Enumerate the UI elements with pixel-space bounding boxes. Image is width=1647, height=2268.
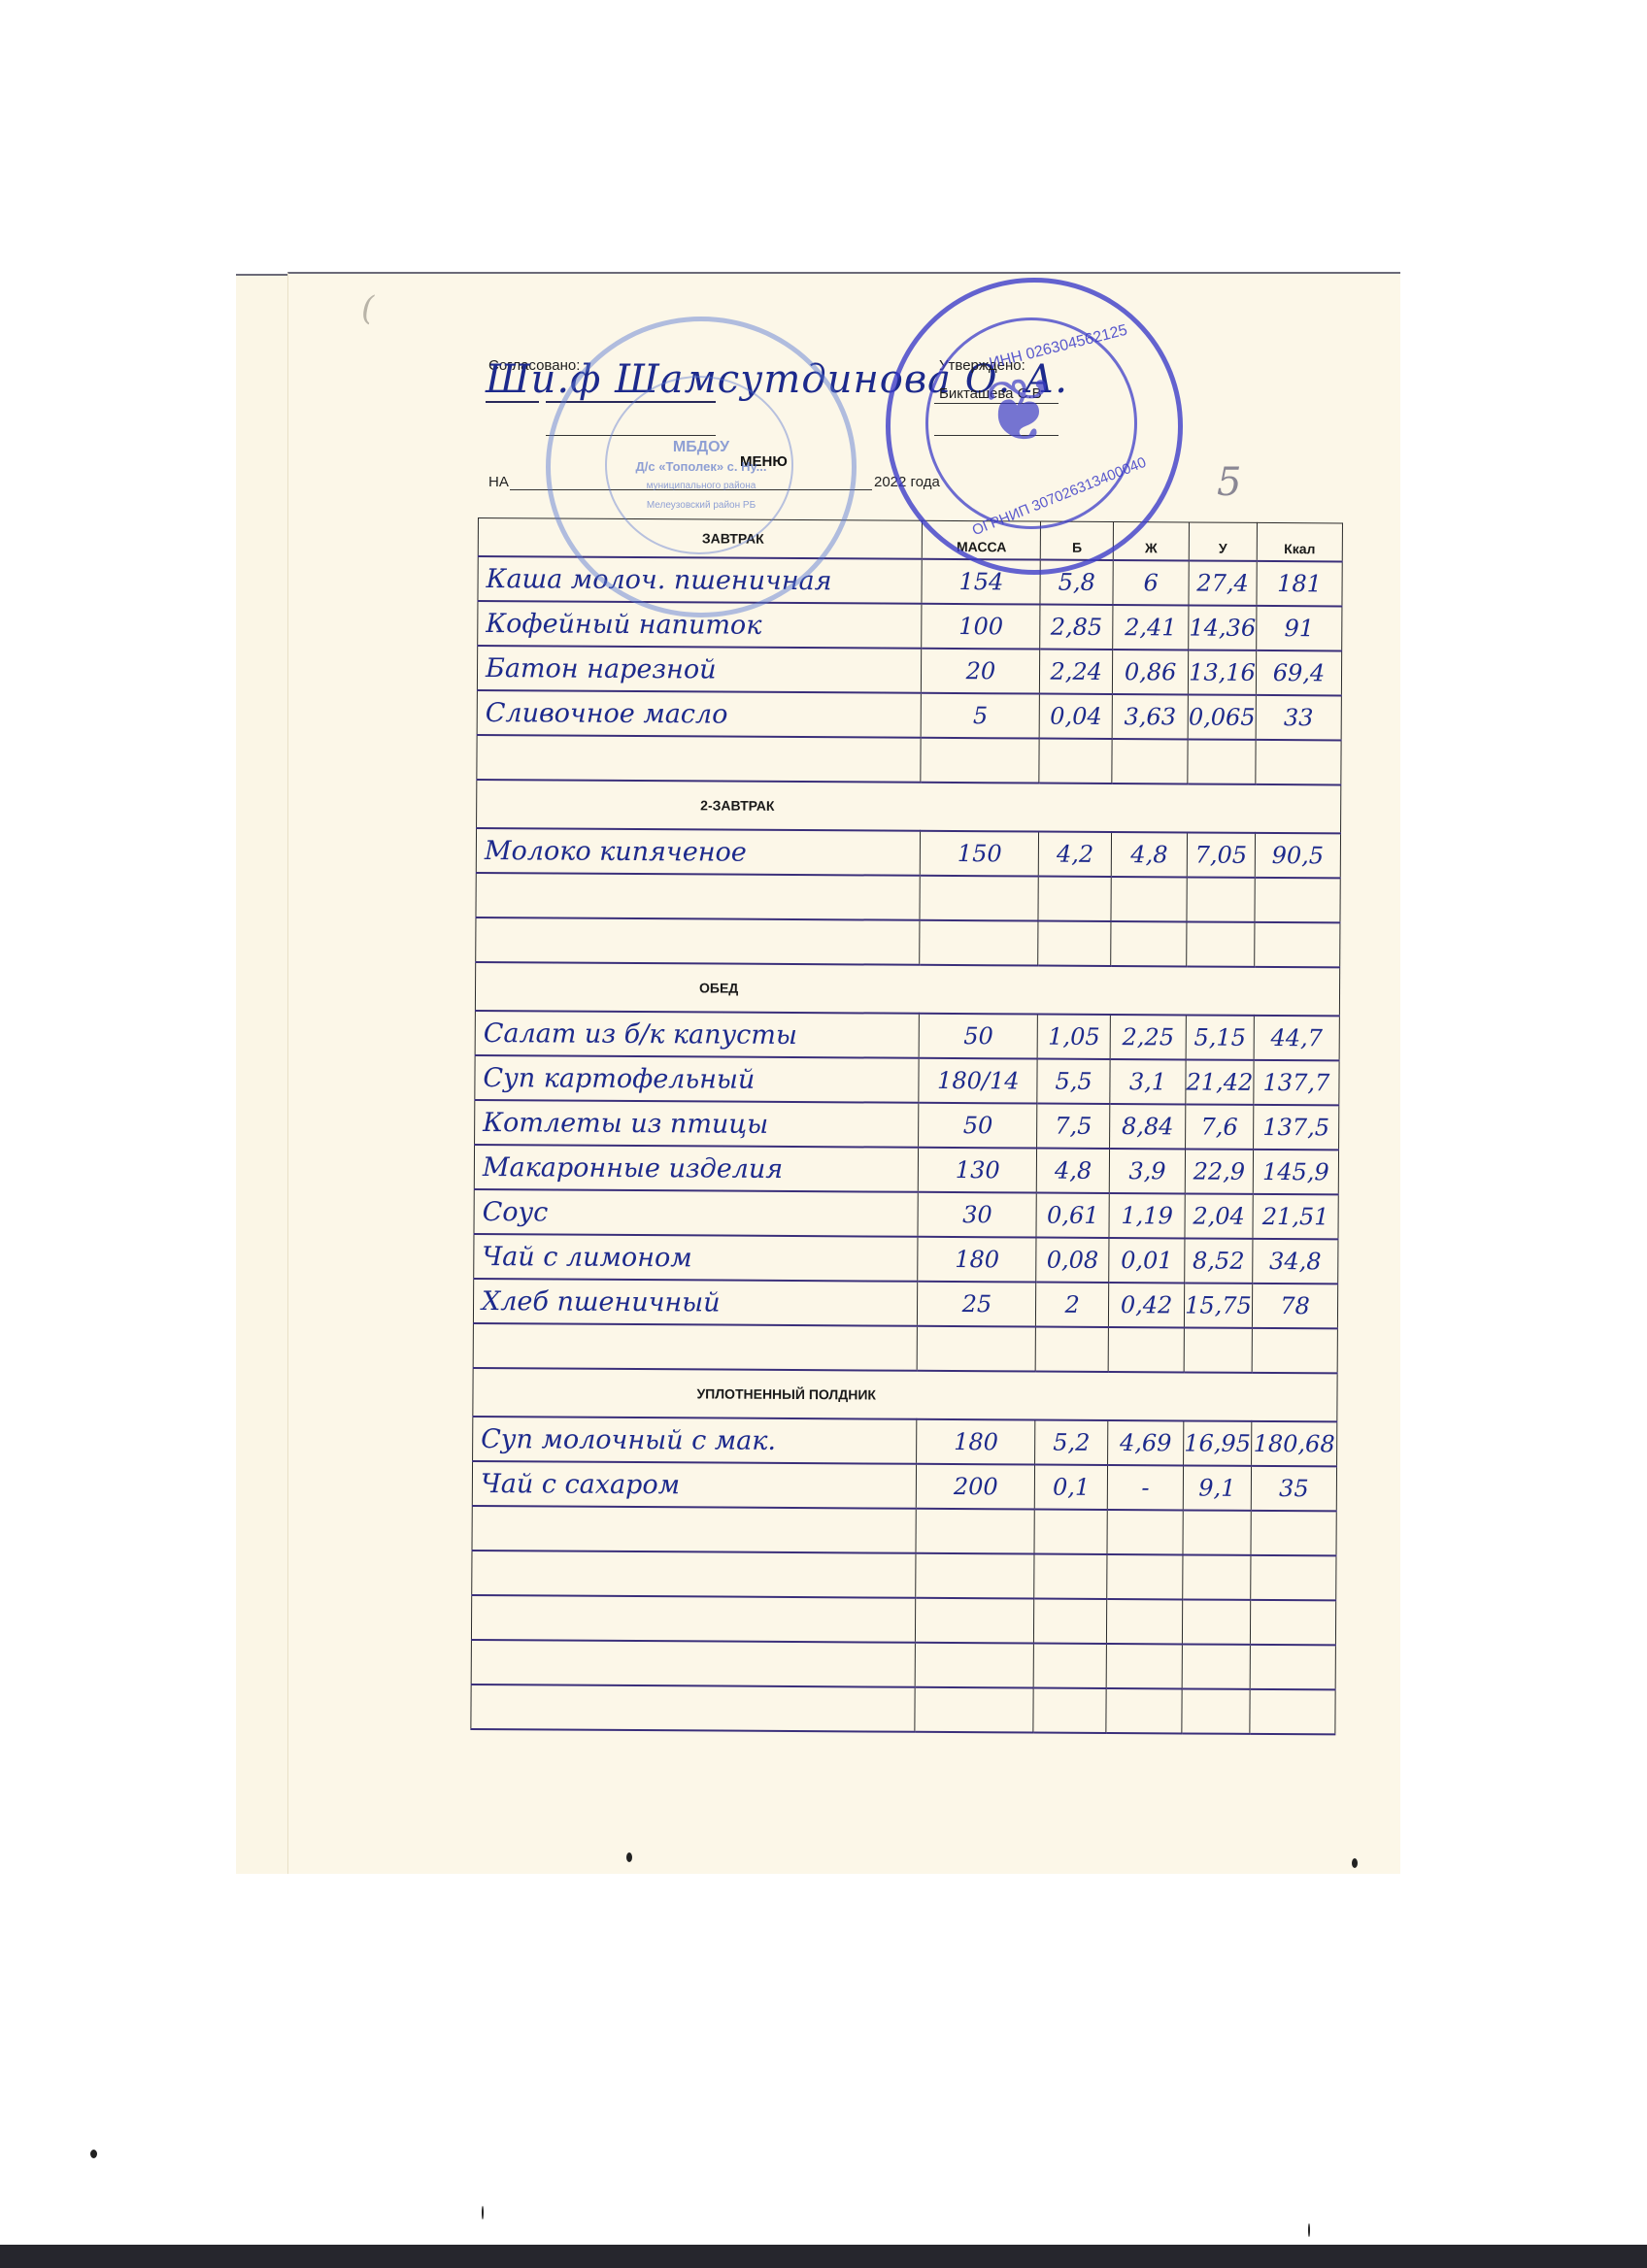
table-row: Каша молоч. пшеничная1545,8627,4181 <box>478 556 1342 606</box>
cell-zh: 6 <box>1113 560 1189 605</box>
cell-zh: 4,69 <box>1108 1420 1184 1465</box>
approved-label: Утверждено: <box>939 357 1025 374</box>
signature-line <box>546 401 716 403</box>
cell-zh <box>1107 1599 1183 1644</box>
cell-zh: 3,9 <box>1109 1149 1185 1193</box>
cell-mass: 100 <box>922 604 1040 650</box>
cell-u <box>1182 1599 1250 1644</box>
date-blank-line <box>510 489 872 490</box>
table-row <box>473 1323 1337 1373</box>
cell-mass <box>916 1643 1034 1688</box>
cell-zh: 3,1 <box>1110 1059 1186 1104</box>
dish-name: Каша молоч. пшеничная <box>478 556 923 604</box>
pencil-mark: ( <box>361 289 374 328</box>
dish-name: Сливочное масло <box>477 690 922 738</box>
cell-mass: 200 <box>917 1464 1035 1510</box>
section-title: УПЛОТНЕННЫЙ ПОЛДНИК <box>473 1368 1337 1421</box>
cell-b <box>1033 1688 1106 1733</box>
cell-b: 2,24 <box>1040 650 1113 694</box>
cell-kcal <box>1251 1511 1336 1556</box>
cell-mass: 180/14 <box>919 1058 1037 1104</box>
dish-name: Молоко кипяченое <box>476 828 921 876</box>
cell-kcal: 44,7 <box>1254 1016 1339 1061</box>
cell-zh: 0,86 <box>1113 650 1189 694</box>
cell-mass <box>916 1598 1034 1644</box>
table-row <box>476 873 1340 922</box>
dish-name: Макаронные изделия <box>474 1145 919 1192</box>
cell-zh: 3,63 <box>1112 694 1188 739</box>
cell-kcal: 33 <box>1256 695 1341 741</box>
cell-b: 4,8 <box>1037 1149 1110 1193</box>
cell-b: 0,61 <box>1036 1193 1109 1238</box>
cell-mass <box>920 876 1038 921</box>
cell-kcal: 91 <box>1257 606 1342 651</box>
dish-name: Салат из б/к капусты <box>475 1011 920 1058</box>
approval-approved-block: Утверждено: <box>939 357 1025 375</box>
cell-mass: 20 <box>922 649 1040 694</box>
cell-zh: 0,42 <box>1109 1283 1185 1327</box>
dish-name: Суп картофельный <box>475 1055 920 1103</box>
cell-u <box>1188 739 1256 784</box>
cell-u: 9,1 <box>1183 1465 1251 1510</box>
cell-mass: 180 <box>917 1419 1035 1465</box>
approver-line <box>934 435 1059 436</box>
cell-u <box>1182 1688 1250 1733</box>
cell-b <box>1034 1599 1107 1644</box>
cell-mass: 154 <box>922 559 1040 605</box>
table-row: Соус300,611,192,0421,51 <box>474 1189 1338 1239</box>
cell-b: 1,05 <box>1037 1015 1110 1059</box>
table-row <box>472 1551 1336 1600</box>
cell-b: 2 <box>1036 1283 1109 1327</box>
menu-table: ЗАВТРАКМАССАБЖУКкалКаша молоч. пшеничная… <box>470 517 1343 1735</box>
cell-b: 0,1 <box>1035 1465 1108 1510</box>
cell-kcal: 180,68 <box>1252 1421 1337 1467</box>
cell-u <box>1183 1510 1251 1554</box>
cell-mass: 50 <box>920 1014 1038 1059</box>
table-row <box>476 917 1340 967</box>
cell-kcal: 21,51 <box>1253 1194 1338 1240</box>
cell-mass <box>918 1326 1036 1372</box>
dish-name: Чай с сахаром <box>472 1461 917 1509</box>
section-title: ЗАВТРАК <box>478 518 923 559</box>
table-row: Хлеб пшеничный2520,4215,7578 <box>473 1279 1337 1328</box>
cell-u: 7,05 <box>1187 832 1255 877</box>
cell-u <box>1187 921 1255 966</box>
cell-u: 15,75 <box>1184 1283 1252 1327</box>
cell-kcal <box>1256 740 1341 785</box>
dish-name: Батон нарезной <box>477 646 922 693</box>
cell-u <box>1187 877 1255 921</box>
table-row <box>471 1684 1335 1734</box>
table-row: Салат из б/к капусты501,052,255,1544,7 <box>475 1011 1339 1060</box>
cell-zh <box>1111 877 1187 921</box>
table-row <box>477 735 1341 784</box>
cell-zh: - <box>1107 1465 1183 1510</box>
section-header-row: ОБЕД <box>475 962 1339 1016</box>
cell-b <box>1033 1644 1106 1688</box>
column-header: У <box>1189 522 1257 561</box>
cell-kcal <box>1250 1645 1335 1690</box>
cell-kcal <box>1255 922 1340 968</box>
date-year: 2022 года <box>874 474 940 490</box>
cell-kcal <box>1250 1689 1335 1735</box>
cell-kcal: 69,4 <box>1256 650 1341 696</box>
cell-zh <box>1112 739 1188 784</box>
dish-name: Хлеб пшеничный <box>473 1279 918 1326</box>
dish-name <box>472 1551 917 1598</box>
cell-b <box>1039 739 1112 784</box>
dish-name <box>471 1640 916 1687</box>
dish-name <box>476 917 921 965</box>
scanner-edge <box>0 2245 1647 2268</box>
cell-kcal <box>1250 1600 1335 1646</box>
cell-mass: 180 <box>918 1237 1036 1283</box>
cell-zh: 2,41 <box>1113 605 1189 650</box>
cell-u: 8,52 <box>1185 1238 1253 1283</box>
cell-u <box>1182 1644 1250 1688</box>
dish-name <box>473 1323 918 1371</box>
cell-kcal: 34,8 <box>1253 1239 1338 1284</box>
cell-kcal <box>1252 1328 1337 1374</box>
section-header-row: ЗАВТРАКМАССАБЖУКкал <box>478 518 1342 562</box>
section-title: ОБЕД <box>475 962 1339 1016</box>
cell-zh: 1,19 <box>1109 1193 1185 1238</box>
cell-b <box>1034 1510 1107 1554</box>
cell-u: 27,4 <box>1189 560 1257 605</box>
cell-u: 5,15 <box>1186 1015 1254 1059</box>
cell-mass <box>915 1687 1033 1733</box>
cell-zh: 0,01 <box>1109 1238 1185 1283</box>
section-header-row: УПЛОТНЕННЫЙ ПОЛДНИК <box>473 1368 1337 1421</box>
column-header: Ккал <box>1257 522 1342 561</box>
column-header: Б <box>1040 521 1113 560</box>
table-row: Чай с сахаром2000,1-9,135 <box>472 1461 1336 1511</box>
cell-kcal: 145,9 <box>1253 1150 1338 1195</box>
cell-kcal: 78 <box>1252 1284 1337 1329</box>
cell-mass: 50 <box>919 1103 1037 1149</box>
cell-u: 13,16 <box>1188 650 1256 694</box>
cell-mass: 5 <box>922 693 1040 739</box>
cell-zh <box>1106 1644 1182 1688</box>
cell-b: 2,85 <box>1040 605 1113 650</box>
dish-name: Чай с лимоном <box>474 1234 919 1282</box>
dish-name <box>477 735 922 783</box>
cell-u <box>1183 1554 1251 1599</box>
dish-name <box>471 1595 916 1643</box>
table-row: Батон нарезной202,240,8613,1669,4 <box>477 646 1341 695</box>
cell-mass <box>916 1553 1034 1599</box>
cell-b: 0,04 <box>1039 694 1112 739</box>
cell-mass: 30 <box>918 1192 1036 1238</box>
table-row: Чай с лимоном1800,080,018,5234,8 <box>474 1234 1338 1284</box>
dish-name: Котлеты из птицы <box>475 1100 920 1148</box>
dish-name <box>472 1506 917 1553</box>
cell-b <box>1038 921 1111 966</box>
approver-line <box>934 403 1059 404</box>
cell-mass <box>921 738 1039 784</box>
scan-speck <box>482 2206 484 2219</box>
table-row: Молоко кипяченое1504,24,87,0590,5 <box>476 828 1340 878</box>
cell-mass: 25 <box>918 1282 1036 1327</box>
cell-b <box>1034 1554 1107 1599</box>
page-number: 5 <box>1217 460 1241 505</box>
cell-zh: 8,84 <box>1110 1104 1186 1149</box>
dish-name <box>476 873 921 920</box>
column-header: МАССА <box>923 520 1041 559</box>
scan-speck <box>1308 2223 1310 2237</box>
cell-kcal: 35 <box>1251 1466 1336 1512</box>
scan-speck <box>626 1852 632 1862</box>
scan-speck <box>1352 1858 1358 1868</box>
cell-mass: 130 <box>919 1148 1037 1193</box>
cell-zh <box>1111 921 1187 966</box>
dish-name: Кофейный напиток <box>478 601 923 649</box>
table-row: Кофейный напиток1002,852,4114,3691 <box>478 601 1342 650</box>
cell-b <box>1035 1327 1108 1372</box>
cell-b: 7,5 <box>1037 1104 1110 1149</box>
cell-zh <box>1107 1554 1183 1599</box>
cell-u: 7,6 <box>1186 1104 1254 1149</box>
column-header: Ж <box>1113 521 1189 560</box>
table-row <box>471 1640 1335 1689</box>
cell-u: 14,36 <box>1189 605 1257 650</box>
table-row: Макаронные изделия1304,83,922,9145,9 <box>474 1145 1338 1194</box>
dish-name: Соус <box>474 1189 919 1237</box>
date-prefix: НА <box>488 474 509 490</box>
cell-b: 5,2 <box>1035 1420 1108 1465</box>
document-title: МЕНЮ <box>740 453 788 470</box>
cell-b: 5,5 <box>1037 1059 1110 1104</box>
cell-kcal: 181 <box>1257 561 1342 607</box>
section-title: 2-ЗАВТРАК <box>477 780 1341 833</box>
cell-kcal: 90,5 <box>1255 833 1340 879</box>
section-header-row: 2-ЗАВТРАК <box>477 780 1341 833</box>
cell-b: 0,08 <box>1036 1238 1109 1283</box>
cell-u: 16,95 <box>1184 1420 1252 1465</box>
table-row: Суп молочный с мак.1805,24,6916,95180,68 <box>473 1417 1337 1466</box>
cell-u: 22,9 <box>1185 1149 1253 1193</box>
approver-name: Бикташева С.В <box>939 385 1042 402</box>
table-row: Котлеты из птицы507,58,847,6137,5 <box>475 1100 1339 1150</box>
cell-b <box>1038 877 1111 921</box>
cell-zh <box>1108 1327 1184 1372</box>
cell-zh <box>1107 1510 1183 1554</box>
cell-mass: 150 <box>921 831 1039 877</box>
table-row: Суп картофельный180/145,53,121,42137,7 <box>475 1055 1339 1105</box>
cell-kcal <box>1251 1555 1336 1601</box>
signature-line <box>546 435 716 436</box>
cell-u: 2,04 <box>1185 1193 1253 1238</box>
cell-mass <box>920 920 1038 966</box>
cell-u: 0,065 <box>1188 694 1256 739</box>
cell-mass <box>916 1509 1034 1554</box>
cell-u: 21,42 <box>1186 1059 1254 1104</box>
dish-name <box>471 1684 916 1732</box>
cell-zh <box>1106 1688 1182 1733</box>
table-row <box>471 1595 1335 1645</box>
scan-speck <box>90 2150 97 2158</box>
cell-zh: 2,25 <box>1110 1015 1186 1059</box>
cell-kcal: 137,7 <box>1254 1060 1339 1106</box>
table-row: Сливочное масло50,043,630,06533 <box>477 690 1341 740</box>
cell-zh: 4,8 <box>1111 832 1187 877</box>
signature-line <box>486 401 539 403</box>
table-row <box>472 1506 1336 1555</box>
cell-b: 4,2 <box>1039 832 1112 877</box>
cell-kcal: 137,5 <box>1254 1105 1339 1151</box>
cell-b: 5,8 <box>1040 560 1113 605</box>
cell-kcal <box>1255 878 1340 923</box>
dish-name: Суп молочный с мак. <box>473 1417 918 1464</box>
cell-u <box>1184 1327 1252 1372</box>
